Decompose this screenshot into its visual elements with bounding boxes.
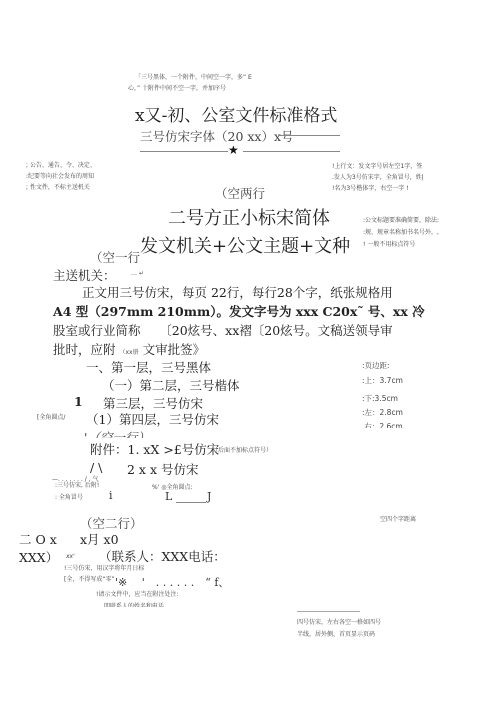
top-note-line2: 心，” 十附件中间不空一字，并加序号	[128, 83, 226, 95]
margin-top: :上：3.7cm	[362, 374, 403, 387]
footer-note-line2: 半线，居外侧，首页显示页码	[297, 629, 375, 641]
attachment-note-left1: :三号仿宋, 后附!	[55, 480, 99, 492]
heading-level2: （一）第二层，三号楷体	[102, 376, 240, 394]
body-line2: A4 型（297mm 210mm）。发文字号为 xxx C20x˜ 号、xx 冷	[53, 302, 425, 320]
margin-right: .右：2.6cm	[362, 420, 403, 428]
margin-bottom: :下:3.5cm	[362, 392, 398, 405]
red-rule-right	[243, 151, 340, 152]
main-title-line1: 二号方正小标宋简体	[168, 204, 330, 230]
seal-note-line2: 明联系人的姓名和电话	[104, 601, 164, 607]
footer-note-line1: 四号仿宋，左右各空一格如四号	[297, 617, 381, 629]
heading-level4: （1）第四层，三号仿宋	[86, 410, 219, 428]
right-note-2-line2: :规、规章名称加书名号外，,	[363, 227, 439, 239]
margin-left: :左：2.8cm	[362, 406, 403, 419]
body-line4-b: （xx册	[120, 349, 139, 356]
bracket-left: L	[165, 490, 172, 503]
attachment-1: 附件：1. xX >£号仿宋	[90, 440, 219, 458]
right-note-2-line1: :公文标题要准确简要，除法:	[363, 215, 439, 227]
body-line4-a: 批时，应附	[53, 342, 116, 357]
left-note-1-line3: ; 性文件，不标主送机关	[26, 182, 90, 194]
body-line3: 股室或行业简称 〔20炫号、xx褶〔20炫号。文稿送领导审	[53, 321, 393, 339]
attachment-2: 2 x x 号仿宋	[127, 460, 198, 478]
right-note-2-line3: ! 一般不用标点符号	[363, 239, 415, 251]
star-icon: ★	[228, 143, 239, 157]
blank-two-lines: （空两行	[215, 184, 265, 202]
doc-number-rule	[278, 135, 340, 136]
margins-title: :页边距:	[362, 359, 390, 372]
date-note-line2: [全，不得写成“零”	[64, 574, 115, 586]
contact-mark: xx'	[66, 551, 75, 563]
body-line4-c: 文审批签》	[143, 342, 206, 357]
attachment-note-left2: : 全角冒号	[55, 492, 83, 504]
contact-prefix: XXX）	[19, 548, 58, 566]
bracket-right: J	[207, 490, 211, 503]
seal-note-line1: !请示文件中，应当在附注处注:	[96, 589, 178, 601]
recipient-label: 主送机关：	[53, 266, 116, 284]
blank-one-line-2: '（空一行）	[84, 428, 150, 438]
recipient-mark: … ↵	[131, 268, 144, 280]
body-line4: 批时，应附 （xx册 文审批签》	[53, 340, 205, 359]
date-note-marks: '※ ' . . . . . . “ f、	[115, 574, 229, 590]
red-rule-left	[140, 151, 228, 152]
heading-level4-prefix: [全角圆点/	[37, 412, 65, 424]
bracket-underline	[176, 502, 206, 503]
attachment-note: （后面不加标点符号）	[212, 445, 272, 457]
date-month-day: x月 x0	[80, 530, 119, 548]
doc-number: 三号仿宋字体（20 xx）x号	[140, 127, 294, 145]
footer-rule	[297, 611, 360, 612]
right-note-1-line3: !名为3号楷体字，右空一字 !	[332, 183, 409, 195]
blank-one-line: （空一行	[90, 248, 140, 266]
main-title-line2: 发文机关+公文主题+文种	[140, 232, 350, 258]
four-char-note: 空四个字距离	[380, 514, 416, 526]
date-year: 二 O x	[19, 530, 57, 548]
heading-level3-num: 1	[74, 394, 83, 409]
body-line1: 正文用三号仿宋，每页 22行，每行28个字，纸张规格用	[82, 283, 393, 301]
heading-level1: 一、第一层，三号黑体	[86, 358, 211, 376]
slash-mark: / \	[90, 460, 102, 475]
i-mark: i	[109, 489, 113, 502]
document-title: x又-初、公室文件标准格式	[135, 101, 337, 126]
